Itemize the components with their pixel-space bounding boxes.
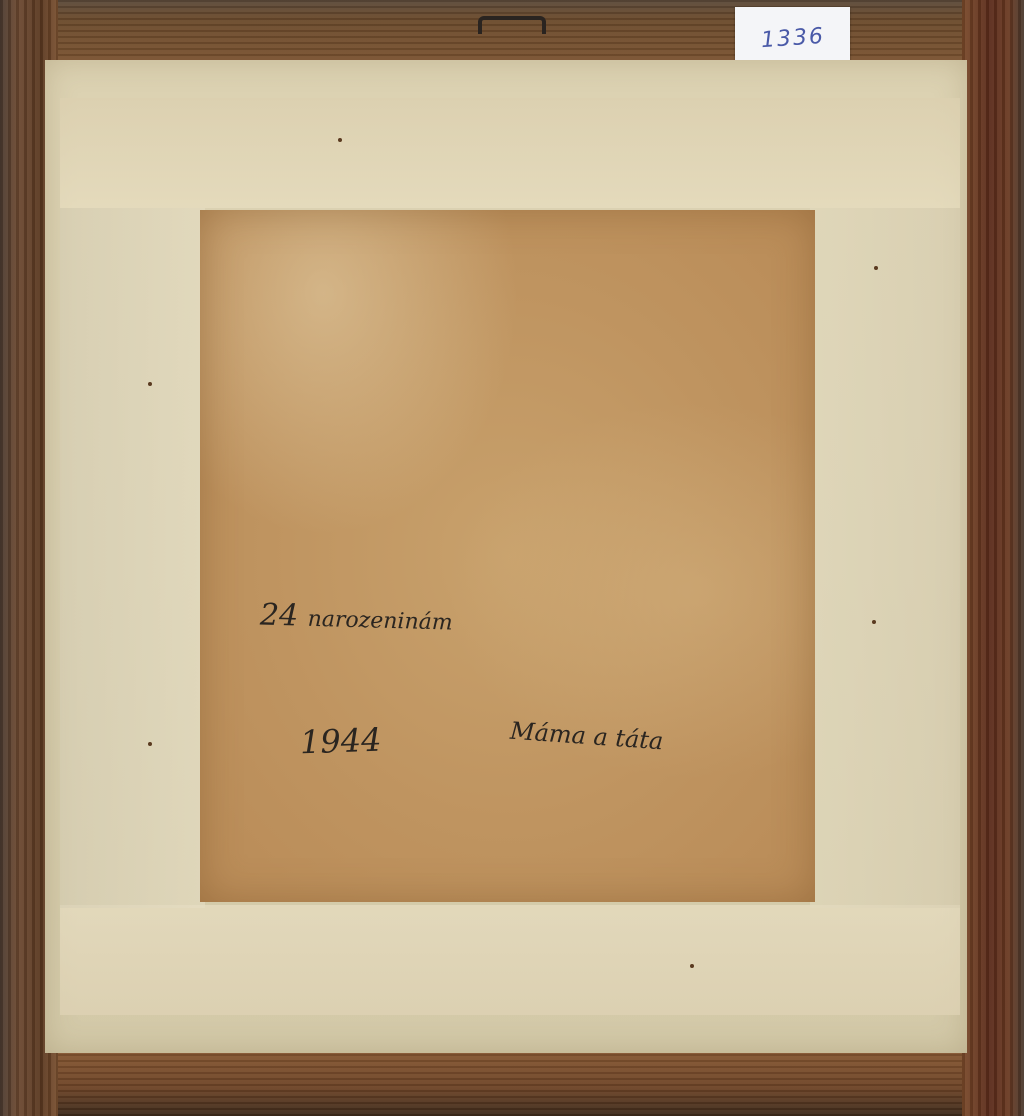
- tape-strip-left: [60, 208, 205, 908]
- nail-icon: [872, 620, 876, 624]
- nail-icon: [338, 138, 342, 142]
- tape-strip-bottom: [60, 905, 960, 1015]
- aged-paper-panel: [200, 210, 815, 902]
- nail-icon: [148, 382, 152, 386]
- nail-icon: [874, 266, 878, 270]
- inscription-line1: 24 narozeninám: [260, 597, 454, 637]
- tape-strip-top: [60, 98, 960, 208]
- tape-strip-right: [810, 208, 960, 908]
- inscription-text: narozeninám: [307, 607, 453, 636]
- hanging-hook-icon: [478, 16, 546, 34]
- frame-bottom-rail: [0, 1046, 1024, 1116]
- nail-icon: [690, 964, 694, 968]
- inscription-year: 1944: [299, 721, 382, 762]
- inventory-number: 1336: [760, 23, 826, 52]
- frame-right-rail: [962, 0, 1024, 1116]
- inscription-number: 24: [260, 597, 299, 633]
- frame-back-photo: 1336 24 narozeninám 1944 Máma a táta: [0, 0, 1024, 1116]
- nail-icon: [148, 742, 152, 746]
